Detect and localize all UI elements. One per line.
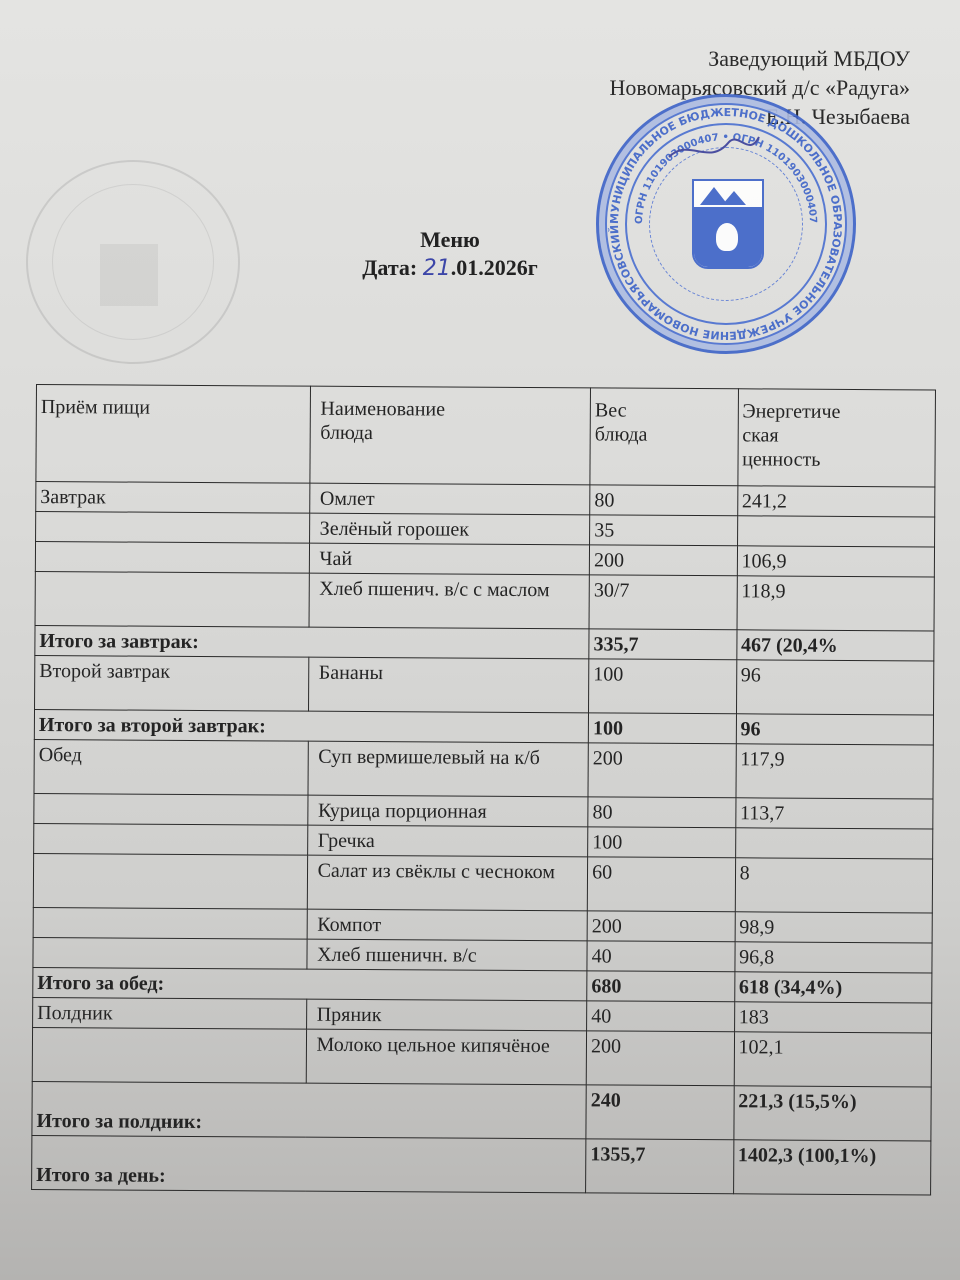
energy-cell: 96,8: [735, 942, 933, 973]
faded-stamp-imprint: [26, 160, 240, 364]
official-stamp: МУНИЦИПАЛЬНОЕ БЮДЖЕТНОЕ ДОШКОЛЬНОЕ ОБРАЗ…: [596, 94, 856, 354]
total-energy: 221,3 (15,5%): [733, 1086, 931, 1141]
total-label: Итого за день:: [32, 1135, 586, 1192]
meal-cell: Обед: [34, 739, 308, 795]
energy-cell: 183: [734, 1002, 932, 1033]
energy-cell: 117,9: [736, 744, 934, 799]
coat-of-arms-emblem: [692, 179, 764, 269]
dish-cell: Бананы: [308, 657, 589, 713]
meal-cell: [33, 937, 307, 969]
handwritten-day: 21: [423, 256, 451, 281]
table-row: ОбедСуп вермишелевый на к/б200117,9: [34, 739, 933, 798]
weight-cell: 80: [590, 485, 738, 516]
energy-cell: 113,7: [735, 798, 933, 829]
meal-cell: [33, 907, 307, 939]
meal-cell: [33, 853, 307, 909]
energy-cell: 241,2: [737, 486, 935, 517]
energy-cell: 118,9: [737, 576, 935, 631]
total-label: Итого за обед:: [33, 967, 587, 1000]
document-title: Меню: [300, 226, 600, 254]
energy-cell: 96: [736, 660, 934, 715]
weight-cell: 30/7: [589, 575, 737, 630]
table-total-row: Итого за день:1355,71402,3 (100,1%): [32, 1135, 931, 1194]
total-energy: 618 (34,4%): [734, 972, 932, 1003]
weight-cell: 100: [589, 659, 737, 714]
weight-cell: 60: [587, 857, 735, 912]
energy-cell: 98,9: [735, 912, 933, 943]
energy-cell: [735, 828, 933, 859]
header-weight: Весблюда: [590, 388, 738, 486]
energy-cell: 106,9: [737, 546, 935, 577]
total-weight: 335,7: [589, 629, 737, 660]
meal-cell: Полдник: [33, 997, 307, 1029]
meal-cell: [36, 512, 310, 544]
meal-cell: Второй завтрак: [35, 655, 309, 711]
document-heading: Меню Дата: 21.01.2026г: [300, 226, 600, 283]
meal-cell: [32, 1027, 306, 1083]
weight-cell: 200: [589, 545, 737, 576]
total-weight: 1355,7: [586, 1139, 734, 1194]
meal-cell: Завтрак: [36, 482, 310, 514]
dish-cell: Молоко цельное кипячёное: [306, 1029, 587, 1085]
weight-cell: 200: [588, 743, 736, 798]
meal-cell: [34, 823, 308, 855]
document-date: Дата: 21.01.2026г: [300, 254, 600, 283]
weight-cell: 35: [590, 515, 738, 546]
weight-cell: 80: [588, 797, 736, 828]
table-header-row: Приём пищи Наименованиеблюда Весблюда Эн…: [36, 385, 936, 487]
total-label: Итого за полдник:: [32, 1081, 586, 1138]
weight-cell: 200: [586, 1031, 734, 1086]
total-label: Итого за второй завтрак:: [34, 709, 588, 742]
meal-cell: [35, 542, 309, 574]
dish-cell: Салат из свёклы с чесноком: [307, 855, 588, 911]
weight-cell: 100: [588, 827, 736, 858]
dish-cell: Суп вермишелевый на к/б: [308, 741, 589, 797]
weight-cell: 200: [587, 911, 735, 942]
total-energy: 1402,3 (100,1%): [733, 1140, 931, 1195]
total-energy: 467 (20,4%: [736, 630, 934, 661]
table-total-row: Итого за полдник:240221,3 (15,5%): [32, 1081, 931, 1140]
weight-cell: 40: [587, 1001, 735, 1032]
table-row: Салат из свёклы с чесноком608: [33, 853, 932, 912]
total-weight: 100: [588, 713, 736, 744]
dish-cell: Пряник: [306, 999, 587, 1031]
table-row: Второй завтракБананы10096: [35, 655, 934, 714]
header-meal: Приём пищи: [36, 385, 310, 484]
dish-cell: Хлеб пшеничн. в/с: [307, 939, 588, 971]
total-weight: 680: [587, 971, 735, 1002]
total-energy: 96: [736, 714, 934, 745]
approval-position: Заведующий МБДОУ: [610, 44, 910, 73]
menu-table: Приём пищи Наименованиеблюда Весблюда Эн…: [31, 384, 936, 1195]
meal-cell: [34, 793, 308, 825]
dish-cell: Чай: [309, 543, 590, 575]
total-label: Итого за завтрак:: [35, 625, 589, 658]
table-row: Молоко цельное кипячёное200102,1: [32, 1027, 931, 1086]
total-weight: 240: [586, 1085, 734, 1140]
energy-cell: 102,1: [734, 1032, 932, 1087]
header-dish: Наименованиеблюда: [309, 386, 590, 485]
energy-cell: [737, 516, 935, 547]
dish-cell: Компот: [307, 909, 588, 941]
energy-cell: 8: [735, 858, 933, 913]
header-energy: Энергетическаяценность: [737, 389, 935, 487]
dish-cell: Зелёный горошек: [309, 513, 590, 545]
dish-cell: Гречка: [307, 825, 588, 857]
table-row: Хлеб пшенич. в/с с маслом30/7118,9: [35, 571, 934, 630]
dish-cell: Хлеб пшенич. в/с с маслом: [309, 573, 590, 629]
weight-cell: 40: [587, 941, 735, 972]
dish-cell: Курица порционная: [307, 795, 588, 827]
dish-cell: Омлет: [309, 483, 590, 515]
meal-cell: [35, 571, 309, 627]
